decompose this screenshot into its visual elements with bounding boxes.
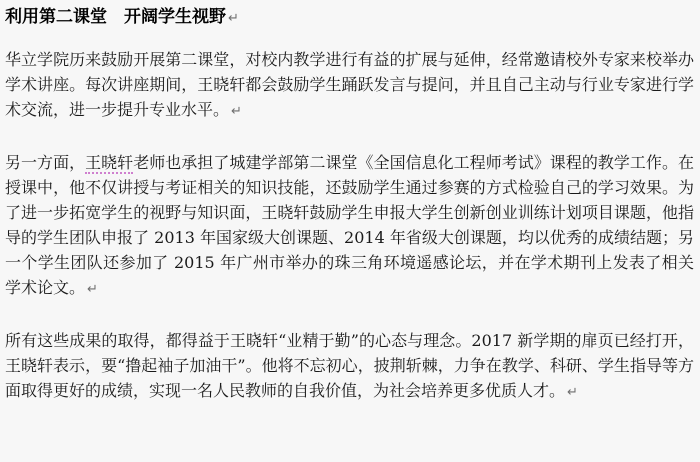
- document-title-text: 利用第二课堂 开阔学生视野: [5, 7, 226, 27]
- paragraph-1[interactable]: 华立学院历来鼓励开展第二课堂，对校内教学进行有益的扩展与延伸，经常邀请校外专家来…: [5, 47, 694, 124]
- document-title[interactable]: 利用第二课堂 开阔学生视野↵: [5, 4, 694, 32]
- paragraph-2[interactable]: 另一方面，王晓轩老师也承担了城建学部第二课堂《全国信息化工程师考试》课程的教学工…: [5, 150, 694, 302]
- paragraph-mark-icon: ↵: [565, 385, 578, 400]
- paragraph-3[interactable]: 所有这些成果的取得，都得益于王晓轩“业精于勤”的心态与理念。2017 新学期的扉…: [5, 328, 694, 405]
- paragraph-2-text-after: 老师也承担了城建学部第二课堂《全国信息化工程师考试》课程的教学工作。在授课中，他…: [5, 153, 694, 297]
- paragraph-1-text: 华立学院历来鼓励开展第二课堂，对校内教学进行有益的扩展与延伸，经常邀请校外专家来…: [5, 50, 694, 119]
- grammar-checked-name: 王晓轩: [85, 153, 133, 174]
- paragraph-mark-icon: ↵: [229, 104, 242, 119]
- paragraph-2-text-before: 另一方面，: [5, 153, 85, 172]
- paragraph-mark-icon: ↵: [226, 11, 239, 26]
- paragraph-mark-icon: ↵: [85, 282, 98, 297]
- paragraph-3-text: 所有这些成果的取得，都得益于王晓轩“业精于勤”的心态与理念。2017 新学期的扉…: [5, 331, 694, 400]
- document-page: 利用第二课堂 开阔学生视野↵ 华立学院历来鼓励开展第二课堂，对校内教学进行有益的…: [0, 0, 700, 462]
